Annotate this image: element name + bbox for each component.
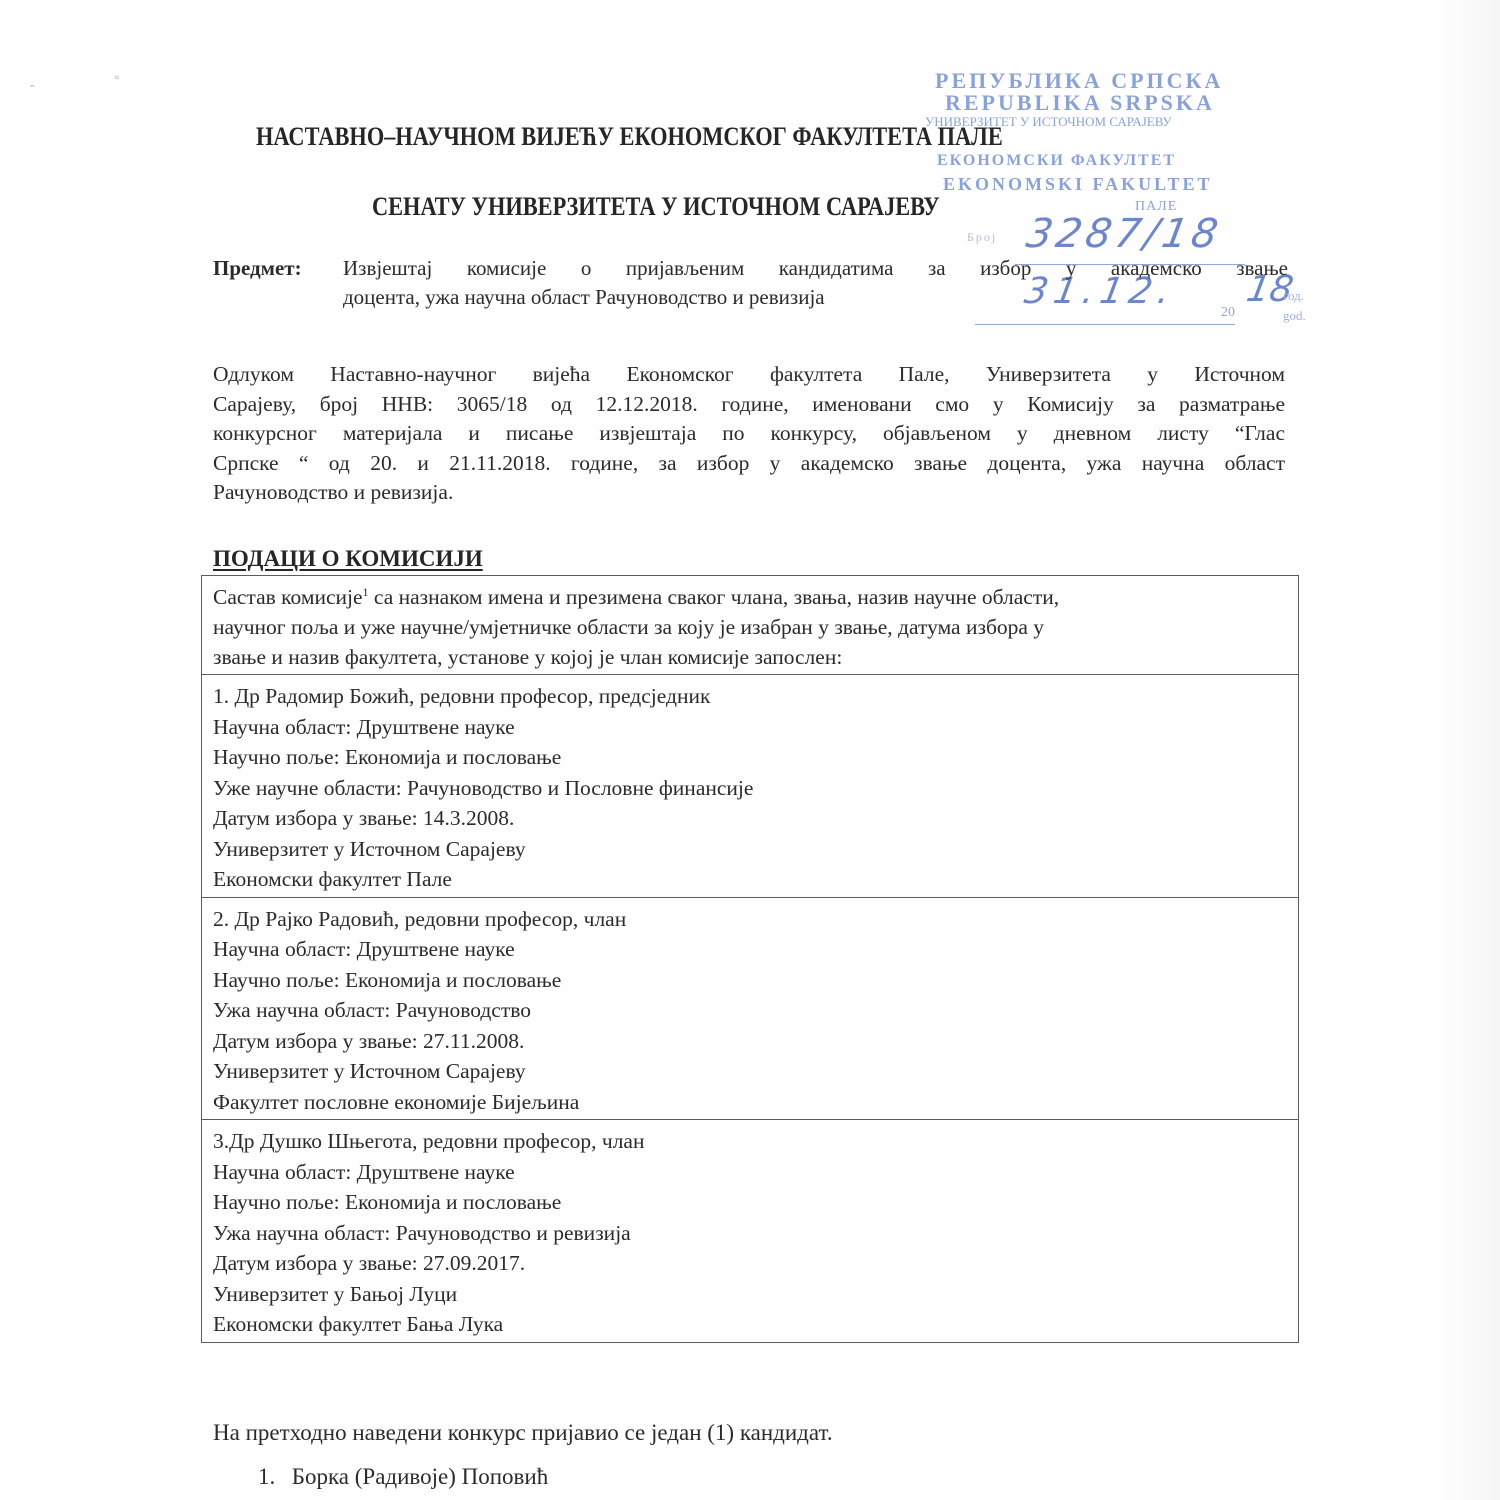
subject-line: Извјештај комисије о пријављеним кандида… [343, 254, 1288, 283]
commission-member-cell: 3.Др Душко Шњегота, редовни професор, чл… [202, 1120, 1298, 1342]
member-election-date: Датум избора у звање: 14.3.2008. [213, 803, 1288, 834]
stamp-broj-label: Број [967, 230, 997, 245]
member-name-title: 3.Др Душко Шњегота, редовни професор, чл… [213, 1126, 1288, 1157]
commission-table: Састав комисије1 са назнаком имена и пре… [201, 575, 1299, 1343]
stamp-line: РЕПУБЛИКА СРПСКА [935, 68, 1223, 94]
addressee-line-2: СЕНАТУ УНИВЕРЗИТЕТА У ИСТОЧНОМ САРАЈЕВУ [372, 192, 940, 222]
paragraph-line: Рачуноводство и ревизија. [213, 478, 1285, 508]
member-scientific-field: Научно поље: Економија и пословање [213, 965, 1288, 996]
member-scientific-area: Научна област: Друштвене науке [213, 934, 1288, 965]
subject-label: Предмет: [213, 254, 302, 283]
commission-member-cell: 2. Др Рајко Радовић, редовни професор, ч… [202, 898, 1298, 1121]
stamp-line: REPUBLIKA SRPSKA [945, 90, 1215, 116]
subject-text: Извјештај комисије о пријављеним кандида… [343, 254, 1293, 312]
member-faculty: Факултет пословне економије Бијељина [213, 1087, 1288, 1118]
candidates-intro: На претходно наведени конкурс пријавио с… [213, 1420, 833, 1446]
member-university: Универзитет у Источном Сарајеву [213, 1056, 1288, 1087]
member-scientific-field: Научно поље: Економија и пословање [213, 742, 1288, 773]
commission-description-cell: Састав комисије1 са назнаком имена и пре… [202, 576, 1298, 675]
member-election-date: Датум избора у звање: 27.09.2017. [213, 1248, 1288, 1279]
description-line: звање и назив факултета, установе у којо… [213, 642, 1288, 672]
scan-edge-shadow [1440, 0, 1500, 1500]
document-page: ˆ ° НАСТАВНО–НАУЧНОМ ВИЈЕЋУ ЕКОНОМСКОГ Ф… [0, 0, 1500, 1500]
description-text: са назнаком имена и презимена сваког чла… [369, 585, 1060, 609]
stamp-rule [975, 324, 1235, 325]
section-title-commission: ПОДАЦИ О КОМИСИЈИ [213, 546, 483, 572]
candidate-number: 1. [258, 1464, 286, 1490]
scan-speck: ° [114, 72, 120, 88]
stamp-line: EKONOMSKI FAKULTET [943, 174, 1213, 195]
paragraph-line: Српске “ од 20. и 21.11.2018. године, за… [213, 449, 1285, 479]
member-name-title: 1. Др Радомир Божић, редовни професор, п… [213, 681, 1288, 712]
subject-line: доцента, ужа научна област Рачуноводство… [343, 283, 1293, 312]
member-scientific-area: Научна област: Друштвене науке [213, 1157, 1288, 1188]
member-university: Универзитет у Бањој Луци [213, 1279, 1288, 1310]
member-university: Универзитет у Источном Сарајеву [213, 834, 1288, 865]
paragraph-line: Сарајеву, број ННВ: 3065/18 од 12.12.201… [213, 390, 1285, 420]
stamp-line: ЕКОНОМСКИ ФАКУЛТЕТ [937, 152, 1176, 170]
handwritten-registry-number: 3287/18 [1023, 211, 1225, 257]
member-scientific-area: Научна област: Друштвене науке [213, 712, 1288, 743]
stamp-line: ПАЛЕ [1135, 199, 1177, 215]
member-election-date: Датум избора у звање: 27.11.2008. [213, 1026, 1288, 1057]
member-narrow-area: Ужа научна област: Рачуноводство [213, 995, 1288, 1026]
paragraph-line: Одлуком Наставно-научног вијећа Економск… [213, 360, 1285, 390]
member-name-title: 2. Др Рајко Радовић, редовни професор, ч… [213, 904, 1288, 935]
member-faculty: Економски факултет Пале [213, 864, 1288, 895]
description-line: Састав комисије1 са назнаком имена и пре… [213, 582, 1288, 612]
member-narrow-area: Ужа научна област: Рачуноводство и ревиз… [213, 1218, 1288, 1249]
paragraph-line: конкурсног материјала и писање извјештај… [213, 419, 1285, 449]
addressee-line-1: НАСТАВНО–НАУЧНОМ ВИЈЕЋУ ЕКОНОМСКОГ ФАКУЛ… [256, 122, 1003, 152]
description-text: Састав комисије [213, 585, 363, 609]
member-faculty: Економски факултет Бања Лука [213, 1309, 1288, 1340]
candidate-item: 1. Борка (Радивоје) Поповић [258, 1464, 548, 1490]
candidates-list: 1. Борка (Радивоје) Поповић [258, 1464, 548, 1490]
commission-member-cell: 1. Др Радомир Божић, редовни професор, п… [202, 675, 1298, 898]
candidate-name: Борка (Радивоје) Поповић [292, 1464, 548, 1489]
member-narrow-area: Уже научне области: Рачуноводство и Посл… [213, 773, 1288, 804]
scan-speck: ˆ [30, 82, 35, 98]
member-scientific-field: Научно поље: Економија и пословање [213, 1187, 1288, 1218]
intro-paragraph: Одлуком Наставно-научног вијећа Економск… [213, 360, 1285, 508]
description-line: научног поља и уже научне/умјетничке обл… [213, 612, 1288, 642]
